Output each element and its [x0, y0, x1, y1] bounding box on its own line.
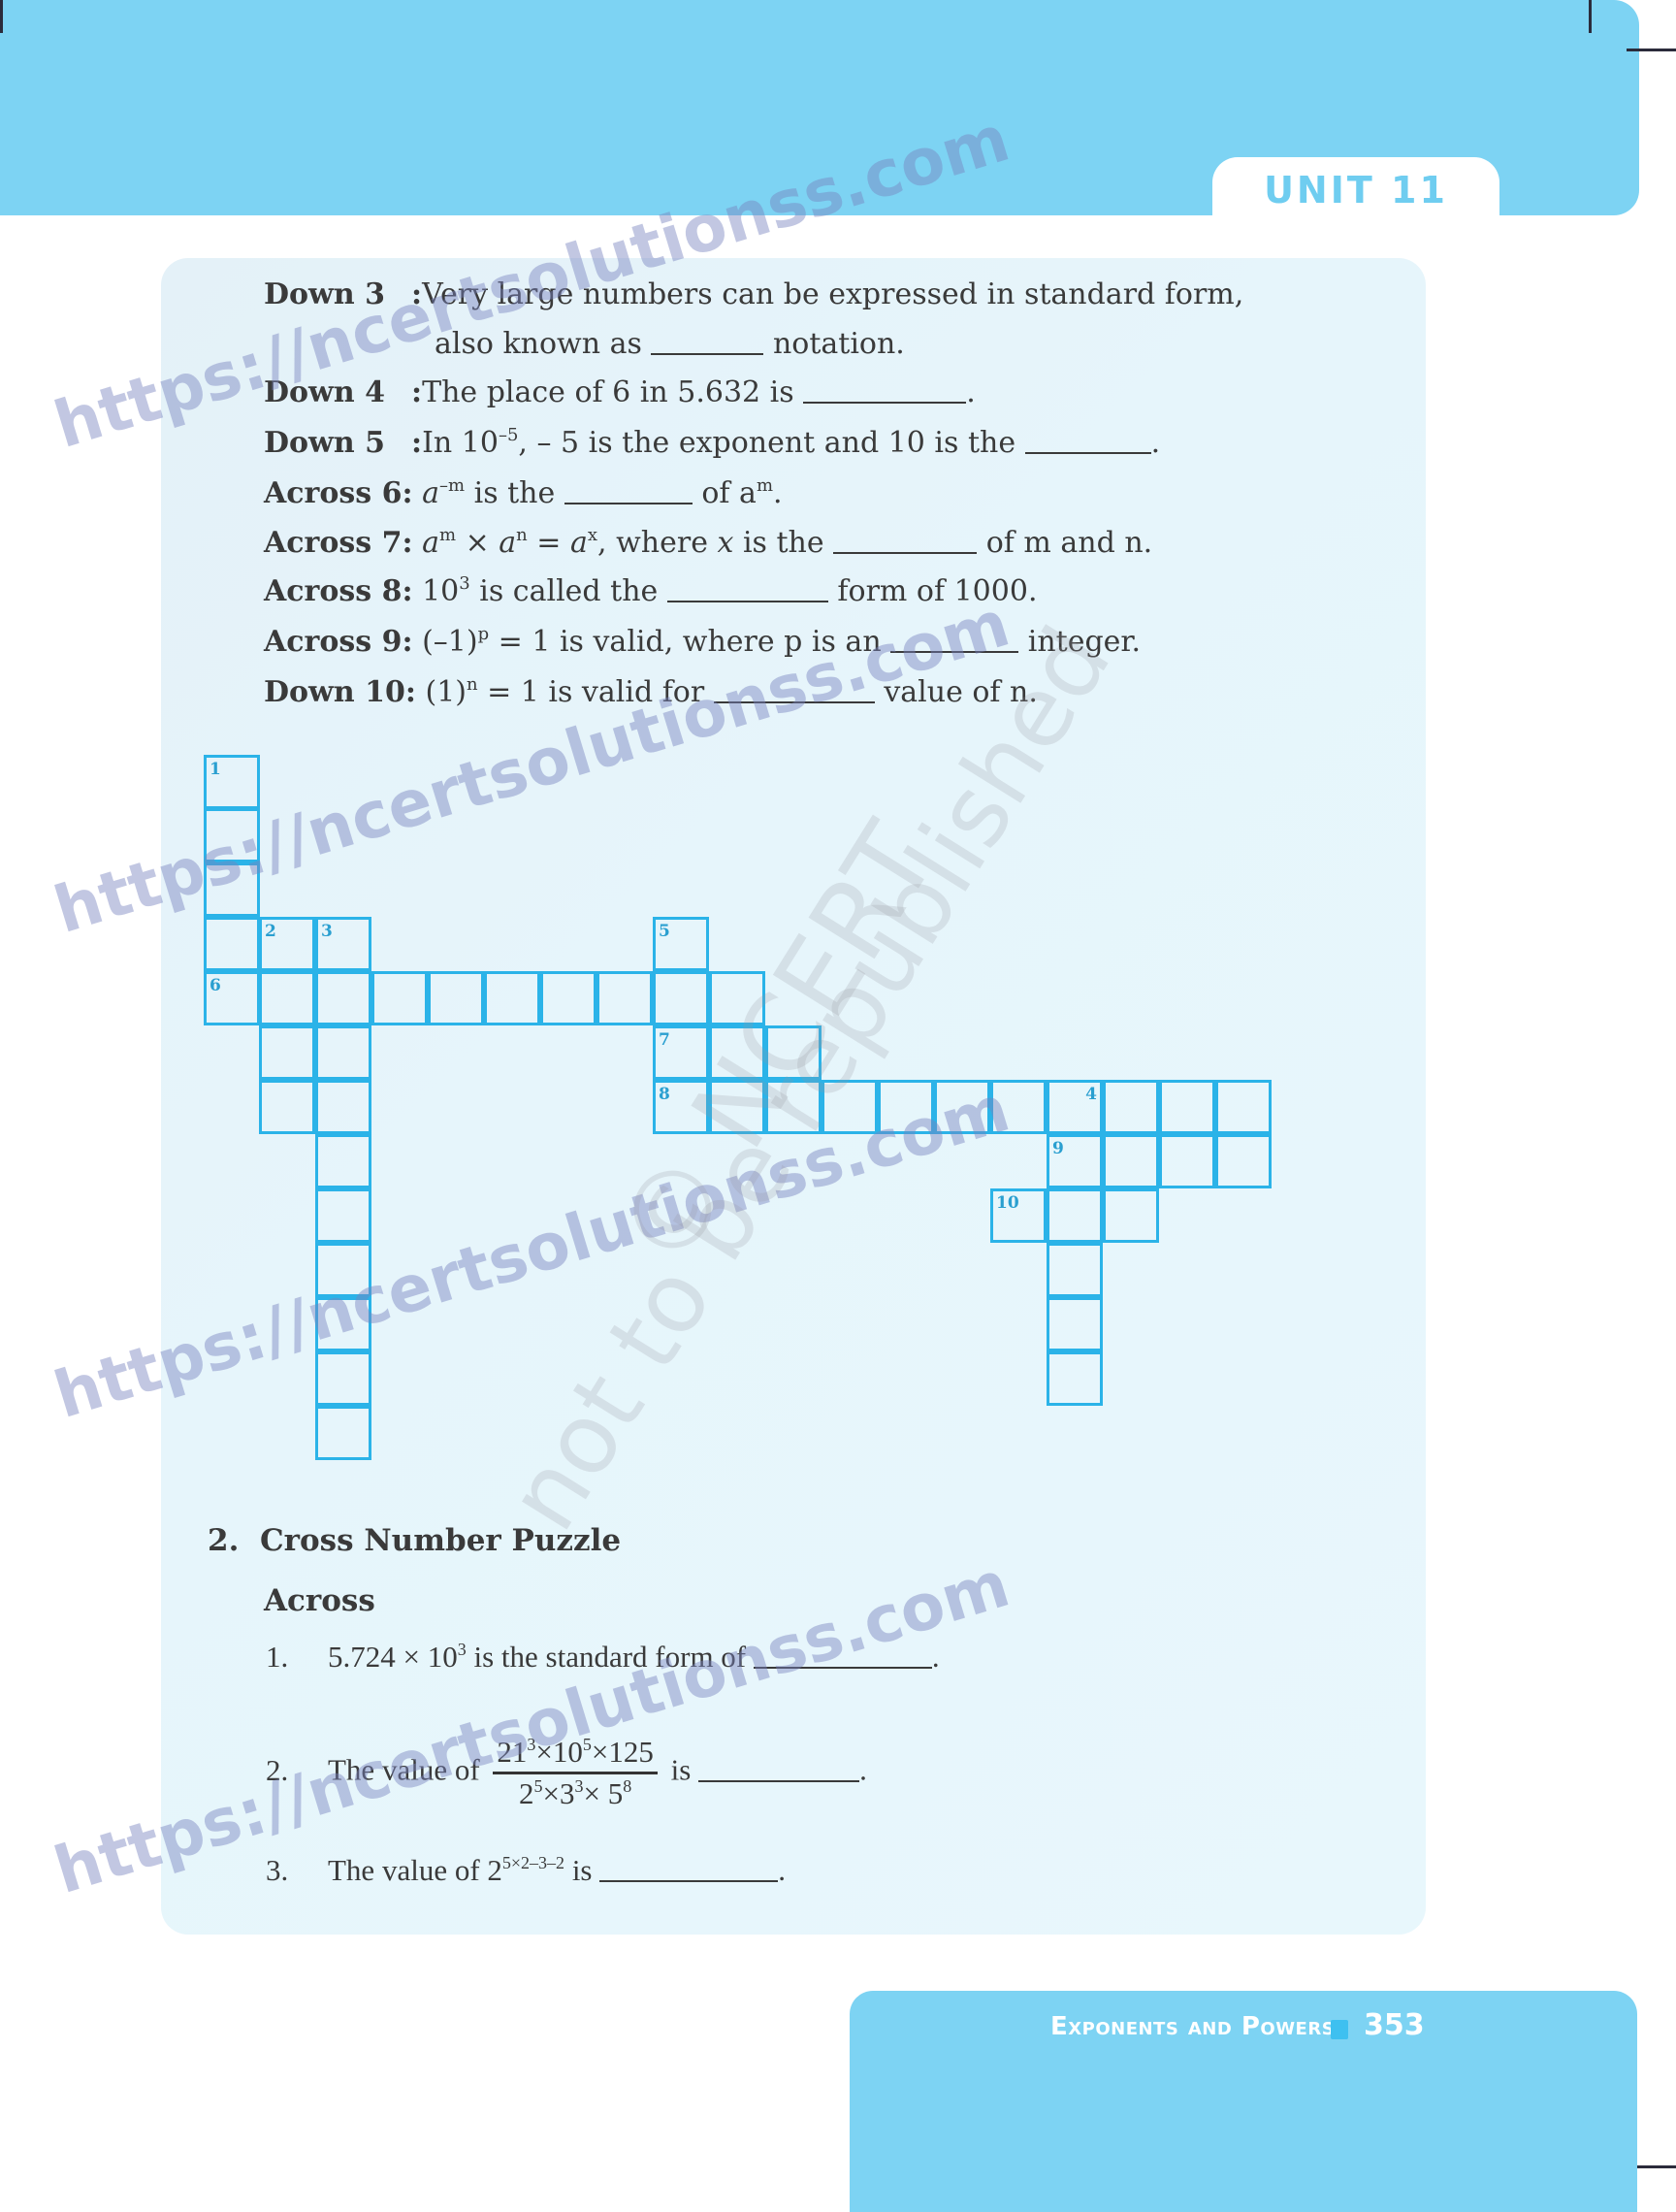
clue-number: 2 — [265, 922, 276, 941]
footer-square-icon — [1331, 2020, 1348, 2039]
superscript: 3 — [459, 573, 469, 594]
crossword-cell[interactable] — [1103, 1134, 1159, 1188]
page-number: 353 — [1364, 2008, 1425, 2042]
clue-text: . — [1151, 426, 1161, 460]
crossword-cell[interactable] — [315, 1080, 371, 1134]
clue-label: Across 9 — [264, 625, 402, 659]
clue-label: Across 7 — [264, 526, 402, 560]
clue-down-4: Down 4:The place of 6 in 5.632 is . — [264, 374, 976, 410]
answer-blank — [1025, 425, 1151, 454]
answer-blank — [667, 573, 828, 602]
question-text: is — [671, 1753, 692, 1787]
clue-separator: : — [402, 625, 412, 659]
crossword-cell[interactable] — [1215, 1134, 1272, 1188]
unit-tab: UNIT 11 — [1212, 157, 1499, 223]
crossword-cell[interactable] — [1047, 1297, 1103, 1351]
clue-number: 6 — [209, 976, 221, 995]
question-number: 3. — [266, 1853, 328, 1888]
crossword-cell[interactable]: 5 — [653, 917, 709, 971]
clue-separator: : — [402, 526, 412, 560]
clue-text: (–1) — [422, 625, 478, 659]
crossword-cell[interactable] — [1159, 1134, 1215, 1188]
clue-text: In 10 — [422, 426, 499, 460]
clue-text: is the — [465, 476, 555, 510]
crossword-cell[interactable] — [315, 1025, 371, 1080]
clue-separator: : — [411, 426, 422, 460]
clue-label: Across 8 — [264, 574, 402, 608]
crossword-cell[interactable] — [259, 1080, 315, 1134]
crossword-cell[interactable] — [596, 971, 653, 1025]
crossword-cell[interactable]: 4 — [1047, 1080, 1103, 1134]
crossword-cell[interactable] — [540, 971, 596, 1025]
crossword-cell[interactable]: 3 — [315, 917, 371, 971]
crop-mark — [1627, 49, 1676, 51]
crossword-cell[interactable] — [1047, 1188, 1103, 1243]
superscript: p — [478, 624, 490, 644]
crossword-cell[interactable] — [1159, 1080, 1215, 1134]
clue-variable: a — [422, 476, 439, 510]
crossword-cell[interactable]: 10 — [990, 1188, 1047, 1243]
answer-blank — [651, 326, 763, 355]
crossword-cell[interactable] — [204, 917, 260, 971]
clue-label: Down 10 — [264, 675, 405, 709]
answer-blank — [833, 525, 977, 554]
crossword-cell[interactable] — [315, 1406, 371, 1460]
crossword-cell[interactable] — [315, 1188, 371, 1243]
clue-across-8: Across 8: 103 is called the form of 1000… — [264, 573, 1037, 609]
clue-text: , – 5 is the exponent and 10 is the — [518, 426, 1015, 460]
answer-blank — [698, 1753, 859, 1782]
clue-down-3-line2: also known as notation. — [435, 326, 905, 362]
question-text: 5.724 × 10 — [328, 1640, 458, 1674]
crop-mark — [1589, 0, 1592, 33]
clue-number: 10 — [996, 1193, 1019, 1213]
clue-across-6: Across 6: a–m is the of am. — [264, 475, 783, 511]
clue-number: 1 — [209, 760, 221, 779]
clue-label: Across 6 — [264, 476, 402, 510]
clue-separator: : — [411, 375, 422, 409]
clue-number: 3 — [321, 922, 333, 941]
question-text: The value of 2 — [328, 1853, 502, 1887]
answer-blank — [564, 475, 693, 504]
clue-text: 10 — [422, 574, 459, 608]
clue-down-5: Down 5:In 10–5, – 5 is the exponent and … — [264, 425, 1160, 461]
superscript: –5 — [499, 425, 518, 445]
across-subheading: Across — [264, 1583, 375, 1618]
clue-text: . — [966, 375, 976, 409]
crossword-cell[interactable] — [315, 1134, 371, 1188]
question-text: . — [932, 1640, 940, 1674]
crossword-cell[interactable]: 6 — [204, 971, 260, 1025]
clue-separator: : — [402, 574, 412, 608]
clue-number: 4 — [1085, 1085, 1097, 1104]
crossword-cell[interactable] — [371, 971, 428, 1025]
footer-title: Exponents and Powers — [1050, 2012, 1335, 2041]
crop-mark — [0, 0, 3, 33]
crossword-cell[interactable] — [1103, 1080, 1159, 1134]
clue-text: is called the — [470, 574, 659, 608]
clue-separator: : — [405, 675, 416, 709]
question-3: 3.The value of 25×2–3–2 is . — [266, 1853, 786, 1888]
crossword-cell[interactable]: 9 — [1047, 1134, 1103, 1188]
section-number: 2. — [208, 1523, 239, 1558]
crossword-cell[interactable]: 1 — [204, 755, 260, 809]
crossword-cell[interactable] — [259, 971, 315, 1025]
question-text: is — [564, 1853, 592, 1887]
crossword-cell[interactable] — [315, 971, 371, 1025]
clue-text: notation. — [773, 327, 905, 361]
question-text: . — [859, 1753, 867, 1787]
clue-number: 7 — [659, 1030, 670, 1050]
crossword-cell[interactable] — [1215, 1080, 1272, 1134]
clue-across-7: Across 7: am × an = ax, where x is the o… — [264, 525, 1152, 561]
answer-blank — [803, 374, 966, 404]
crossword-cell[interactable]: 2 — [259, 917, 315, 971]
superscript: n — [467, 674, 478, 695]
superscript: –m — [439, 475, 465, 496]
crossword-cell[interactable] — [653, 971, 709, 1025]
superscript: 3 — [458, 1640, 467, 1659]
crossword-cell[interactable] — [1103, 1188, 1159, 1243]
superscript: m — [757, 475, 773, 496]
clue-number: 5 — [659, 922, 670, 941]
unit-label: UNIT 11 — [1264, 169, 1448, 211]
clue-label: Down 5 — [264, 426, 411, 461]
crossword-cell[interactable] — [428, 971, 484, 1025]
question-number: 1. — [266, 1640, 328, 1675]
clue-expression: am × an = ax, where x is the — [422, 526, 824, 560]
clue-text: of a — [701, 476, 757, 510]
answer-blank — [599, 1853, 778, 1882]
clue-text: (1) — [425, 675, 467, 709]
clue-text: The place of 6 in 5.632 is — [422, 375, 794, 409]
crossword-cell[interactable] — [259, 1025, 315, 1080]
clue-number: 9 — [1052, 1139, 1064, 1158]
question-text: . — [778, 1853, 786, 1887]
fraction-denominator: 25×33× 58 — [493, 1774, 657, 1811]
clue-separator: : — [402, 476, 412, 510]
crossword-cell[interactable] — [1047, 1243, 1103, 1297]
crossword-cell[interactable] — [484, 971, 540, 1025]
superscript: 5×2–3–2 — [502, 1853, 564, 1872]
clue-text: of m and n. — [986, 526, 1153, 560]
crossword-cell[interactable] — [315, 1351, 371, 1406]
crossword-cell[interactable] — [1047, 1351, 1103, 1406]
clue-text: . — [773, 476, 783, 510]
